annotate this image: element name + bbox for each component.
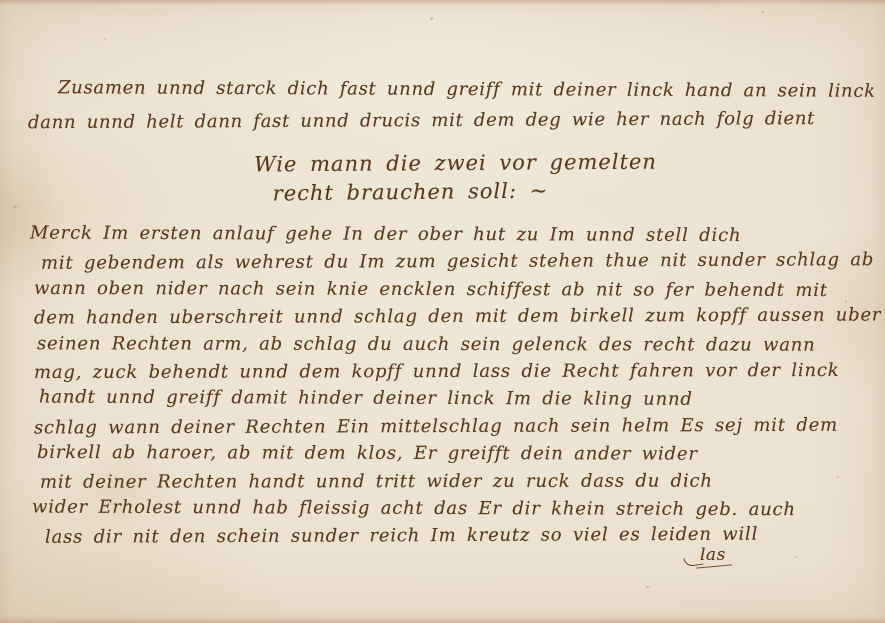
manuscript-line: dem handen uberschreit unnd schlag den m… [34, 302, 867, 332]
manuscript-line: lass dir nit den schein sunder reich Im … [45, 521, 867, 552]
paper-speck [762, 11, 764, 13]
paper-highlight [700, 0, 840, 60]
manuscript-line: mag, zuck behendt unnd dem kopff unnd la… [34, 357, 867, 387]
intro-paragraph: Zusamen unnd starck dich fast unnd greif… [58, 74, 865, 136]
manuscript-line: dann unnd helt dann fast unnd drucis mit… [28, 103, 865, 138]
paper-speck [795, 556, 797, 558]
manuscript-line: seinen Rechten arm, ab schlag du auch se… [37, 330, 867, 359]
manuscript-line: wann oben nider nach sein knie encklen s… [34, 275, 867, 305]
paper-speck [430, 17, 433, 20]
manuscript-line: schlag wann deiner Rechten Ein mittelsch… [34, 411, 867, 441]
manuscript-line: mit gebendem als wehrest du Im zum gesic… [41, 247, 867, 278]
manuscript-line: Merck Im ersten anlauf gehe In der ober … [30, 220, 867, 250]
manuscript-line: birkell ab haroer, ab mit dem klos, Er g… [37, 439, 867, 469]
section-heading: Wie mann die zwei vor gemelten recht bra… [0, 149, 885, 207]
manuscript-line: Zusamen unnd starck dich fast unnd greif… [58, 72, 865, 107]
body-paragraph: Merck Im ersten anlauf gehe In der ober … [30, 221, 867, 550]
manuscript-line: mit deiner Rechten handt unnd tritt wide… [40, 467, 867, 496]
paper-speck [104, 38, 106, 40]
manuscript-line: handt unnd greiff damit hinder deiner li… [39, 384, 867, 414]
paper-speck [646, 586, 649, 588]
catchword: las [700, 545, 726, 565]
manuscript-line: wider Erholest unnd hab fleissig acht da… [32, 494, 867, 524]
manuscript-page: Zusamen unnd starck dich fast unnd greif… [0, 0, 885, 623]
